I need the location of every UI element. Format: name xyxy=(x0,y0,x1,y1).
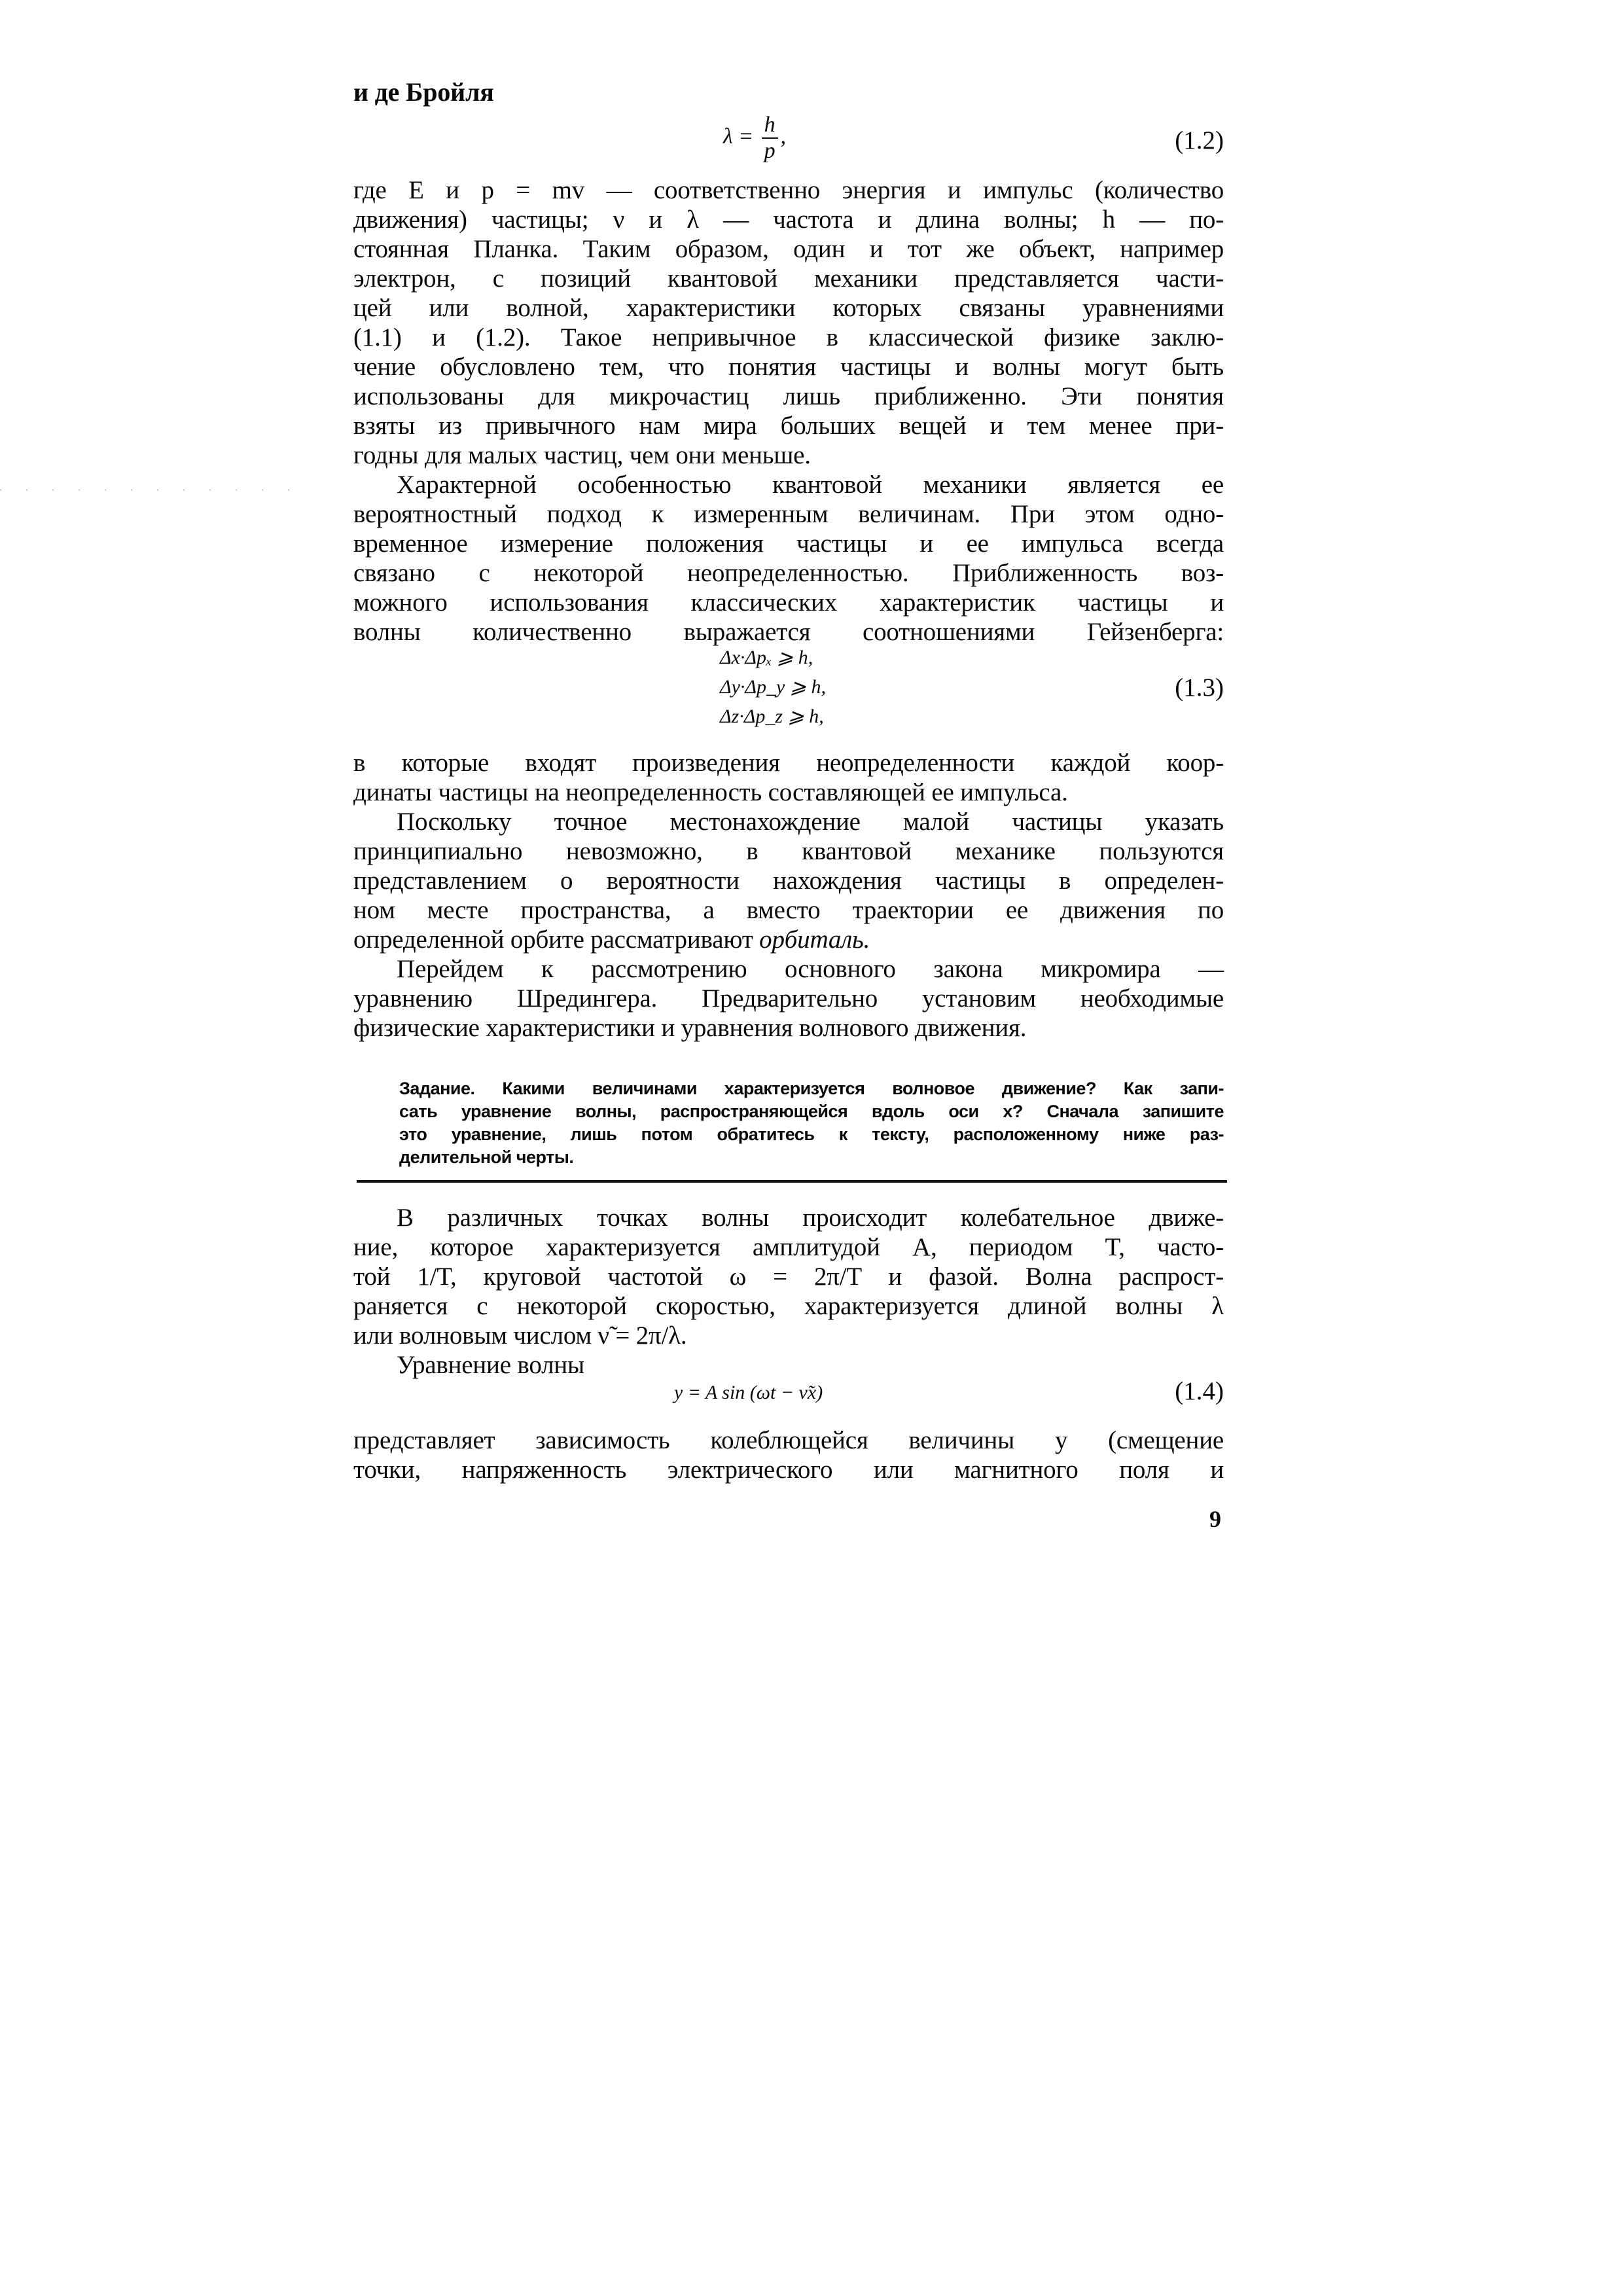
text-span: определенной орбите рассматривают xyxy=(353,925,753,954)
text-line: временное измерение положения частицы и … xyxy=(353,529,1224,558)
text-line: в которые входят произведения неопределе… xyxy=(353,748,1224,778)
eq-1-2-denominator: p xyxy=(762,139,778,164)
text-line: годны для малых частиц, чем они меньше. xyxy=(353,440,1224,470)
text-line: Перейдем к рассмотрению основного закона… xyxy=(353,954,1224,984)
italic-term-orbital: орбиталь. xyxy=(759,925,870,954)
text-line: использованы для микрочастиц лишь прибли… xyxy=(353,382,1224,411)
equation-label-1-4: (1.4) xyxy=(1175,1376,1224,1406)
text-line: физические характеристики и уравнения во… xyxy=(353,1013,1224,1043)
text-line: (1.1) и (1.2). Такое непривычное в класс… xyxy=(353,323,1224,352)
scan-artifact-dots xyxy=(0,490,301,490)
equation-1-4: y = A sin (ωt − ν̃x) xyxy=(674,1380,823,1406)
text-line: связано с некоторой неопределенностью. П… xyxy=(353,558,1224,588)
text-line: ном месте пространства, а вместо траекто… xyxy=(353,895,1224,925)
equation-label-1-3: (1.3) xyxy=(1175,673,1224,702)
text-line: Уравнение волны xyxy=(353,1350,1224,1380)
eq-1-3-line-y: Δy·Δp_y ⩾ h, xyxy=(720,674,826,700)
text-line: движения) частицы; ν и λ — частота и дли… xyxy=(353,205,1224,234)
separator-rule xyxy=(357,1180,1227,1183)
eq-1-3-line-x: Δx·Δpₓ ⩾ h, xyxy=(720,645,813,671)
text-line: уравнению Шредингера. Предварительно уст… xyxy=(353,984,1224,1013)
text-line: электрон, с позиций квантовой механики п… xyxy=(353,264,1224,293)
text-line: Поскольку точное местонахождение малой ч… xyxy=(353,807,1224,836)
page-number: 9 xyxy=(1209,1505,1221,1533)
text-line: волны количественно выражается соотношен… xyxy=(353,617,1224,647)
text-line: принципиально невозможно, в квантовой ме… xyxy=(353,836,1224,866)
task-line: это уравнение, лишь потом обратитесь к т… xyxy=(399,1123,1224,1146)
eq-1-2-numerator: h xyxy=(762,113,778,139)
equation-1-2: λ = h p , xyxy=(723,113,786,164)
text-line: Характерной особенностью квантовой механ… xyxy=(353,470,1224,499)
eq-1-2-tail: , xyxy=(781,124,787,149)
task-line: Задание. Какими величинами характеризует… xyxy=(399,1077,1224,1100)
text-line: или волновым числом ν̃ = 2π/λ. xyxy=(353,1321,1224,1350)
book-page: и де Бройля λ = h p , (1.2) где E и p = … xyxy=(0,0,1623,2296)
text-line: можного использования классических харак… xyxy=(353,588,1224,617)
text-line: В различных точках волны происходит коле… xyxy=(353,1203,1224,1232)
text-line: стоянная Планка. Таким образом, один и т… xyxy=(353,234,1224,264)
text-line: взяты из привычного нам мира больших вещ… xyxy=(353,411,1224,440)
lead-in-text: и де Бройля xyxy=(353,77,1224,107)
text-line: представляет зависимость колеблющейся ве… xyxy=(353,1426,1224,1455)
task-line: сать уравнение волны, распространяющейся… xyxy=(399,1100,1224,1123)
text-line: где E и p = mv — соответственно энергия … xyxy=(353,175,1224,205)
text-line: представлением о вероятности нахождения … xyxy=(353,866,1224,895)
eq-1-3-line-z: Δz·Δp_z ⩾ h, xyxy=(720,704,824,730)
text-line: той 1/T, круговой частотой ω = 2π/T и фа… xyxy=(353,1262,1224,1291)
eq-1-2-lhs: λ = xyxy=(723,124,753,149)
text-line: определенной орбите рассматривают орбита… xyxy=(353,925,1224,954)
text-line: цей или волной, характеристики которых с… xyxy=(353,293,1224,323)
text-line: вероятностный подход к измеренным величи… xyxy=(353,499,1224,529)
text-line: раняется с некоторой скоростью, характер… xyxy=(353,1291,1224,1321)
equation-label-1-2: (1.2) xyxy=(1175,126,1224,155)
text-line: чение обусловлено тем, что понятия части… xyxy=(353,352,1224,382)
task-line: делительной черты. xyxy=(399,1146,1224,1169)
text-line: динаты частицы на неопределенность соста… xyxy=(353,778,1224,807)
eq-1-2-fraction: h p xyxy=(762,113,778,164)
task-block: Задание. Какими величинами характеризует… xyxy=(399,1077,1224,1169)
text-line: ние, которое характеризуется амплитудой … xyxy=(353,1232,1224,1262)
text-line: точки, напряженность электрического или … xyxy=(353,1455,1224,1484)
